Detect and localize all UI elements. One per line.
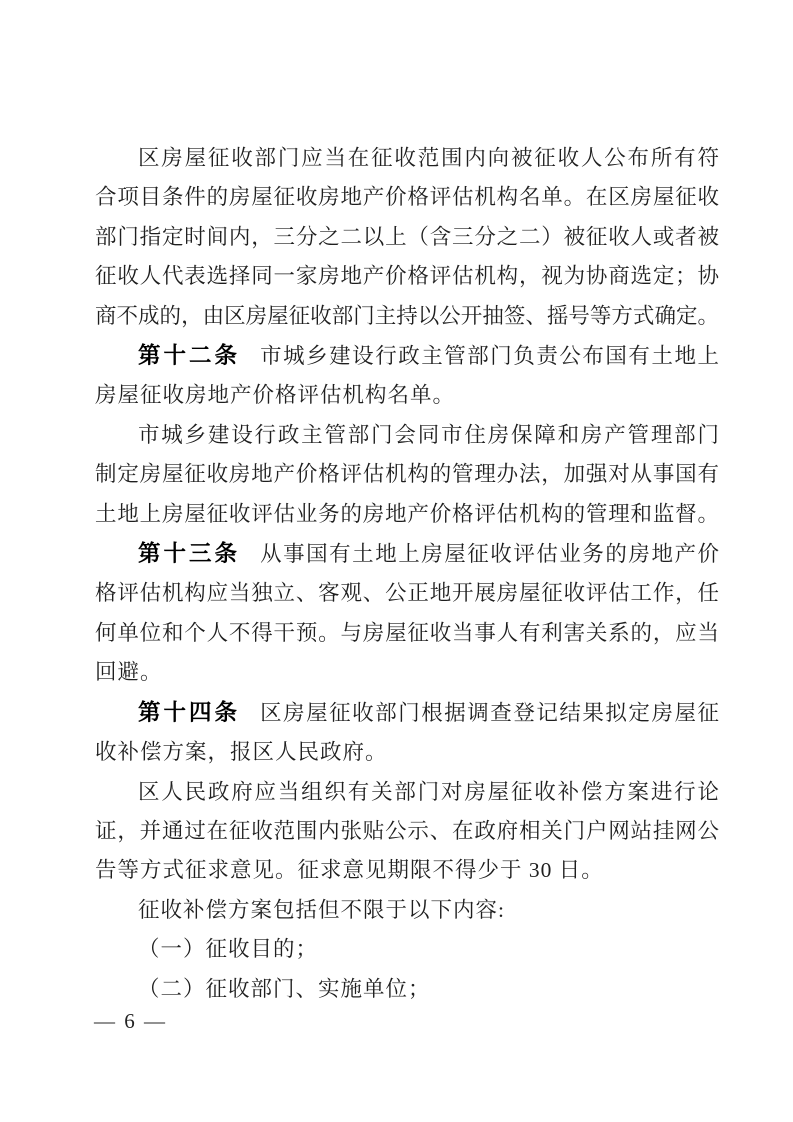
text-line: 商不成的，由区房屋征收部门主持以公开抽签、摇号等方式确定。 xyxy=(95,297,719,336)
paragraph-clause-13: 第十三条从事国有土地上房屋征收评估业务的房地产价 格评估机构应当独立、客观、公正… xyxy=(95,534,719,693)
line-text: 何单位和个人不得干预。与房屋征收当事人有利害关系的，应当 xyxy=(95,621,719,645)
line-text: 市城乡建设行政主管部门负责公布国有土地上 xyxy=(260,344,719,368)
line-text: （一）征收目的； xyxy=(138,937,318,961)
text-line: （一）征收目的； xyxy=(95,930,719,969)
line-text: 告等方式征求意见。征求意见期限不得少于 30 日。 xyxy=(95,858,604,882)
text-line: 区人民政府应当组织有关部门对房屋征收补偿方案进行论 xyxy=(95,773,719,812)
document-body: 区房屋征收部门应当在征收范围内向被征收人公布所有符 合项目条件的房屋征收房地产价… xyxy=(95,139,719,1009)
paragraph-plan-review: 区人民政府应当组织有关部门对房屋征收补偿方案进行论 证，并通过在征收范围内张贴公… xyxy=(95,773,719,891)
text-line: 证，并通过在征收范围内张贴公示、在政府相关门户网站挂网公 xyxy=(95,812,719,851)
line-text: 土地上房屋征收评估业务的房地产价格评估机构的管理和监督。 xyxy=(95,502,719,526)
text-line: 部门指定时间内，三分之二以上（含三分之二）被征收人或者被 xyxy=(95,218,719,257)
line-text: 征收补偿方案包括但不限于以下内容: xyxy=(138,898,505,922)
paragraph-clause-14: 第十四条区房屋征收部门根据调查登记结果拟定房屋征 收补偿方案，报区人民政府。 xyxy=(95,693,719,773)
line-text: 征收人代表选择同一家房地产价格评估机构，视为协商选定；协 xyxy=(95,264,719,288)
line-text: 区房屋征收部门应当在征收范围内向被征收人公布所有符 xyxy=(138,146,719,170)
paragraph-plan-item-1: （一）征收目的； xyxy=(95,930,719,969)
line-text: 格评估机构应当独立、客观、公正地开展房屋征收评估工作，任 xyxy=(95,581,719,605)
line-text: 证，并通过在征收范围内张贴公示、在政府相关门户网站挂网公 xyxy=(95,819,719,843)
text-line: 告等方式征求意见。征求意见期限不得少于 30 日。 xyxy=(95,851,719,890)
text-line: 房屋征收房地产价格评估机构名单。 xyxy=(95,376,719,415)
text-line: 市城乡建设行政主管部门会同市住房保障和房产管理部门 xyxy=(95,416,719,455)
line-text: 收补偿方案，报区人民政府。 xyxy=(95,740,388,764)
paragraph-clause-12: 第十二条市城乡建设行政主管部门负责公布国有土地上 房屋征收房地产价格评估机构名单… xyxy=(95,336,719,416)
line-text: （二）征收部门、实施单位； xyxy=(138,977,431,1001)
text-line: 收补偿方案，报区人民政府。 xyxy=(95,733,719,772)
clause-number: 第十四条 xyxy=(138,700,240,725)
page-number: — 6 — xyxy=(94,1007,167,1035)
text-line: 土地上房屋征收评估业务的房地产价格评估机构的管理和监督。 xyxy=(95,495,719,534)
text-line: （二）征收部门、实施单位； xyxy=(95,970,719,1009)
paragraph-appraisal-agency-selection: 区房屋征收部门应当在征收范围内向被征收人公布所有符 合项目条件的房屋征收房地产价… xyxy=(95,139,719,336)
line-text: 回避。 xyxy=(95,660,163,684)
paragraph-clause-12-supplement: 市城乡建设行政主管部门会同市住房保障和房产管理部门 制定房屋征收房地产价格评估机… xyxy=(95,416,719,534)
text-line: 第十三条从事国有土地上房屋征收评估业务的房地产价 xyxy=(95,534,719,574)
text-line: 第十四条区房屋征收部门根据调查登记结果拟定房屋征 xyxy=(95,693,719,733)
text-line: 征收补偿方案包括但不限于以下内容: xyxy=(95,891,719,930)
line-text: 商不成的，由区房屋征收部门主持以公开抽签、摇号等方式确定。 xyxy=(95,304,719,328)
line-text: 区人民政府应当组织有关部门对房屋征收补偿方案进行论 xyxy=(138,780,719,804)
text-line: 回避。 xyxy=(95,653,719,692)
paragraph-plan-contents-intro: 征收补偿方案包括但不限于以下内容: xyxy=(95,891,719,930)
line-text: 部门指定时间内，三分之二以上（含三分之二）被征收人或者被 xyxy=(95,225,719,249)
text-line: 合项目条件的房屋征收房地产价格评估机构名单。在区房屋征收 xyxy=(95,178,719,217)
text-line: 第十二条市城乡建设行政主管部门负责公布国有土地上 xyxy=(95,336,719,376)
clause-number: 第十三条 xyxy=(138,541,240,566)
document-page: 区房屋征收部门应当在征收范围内向被征收人公布所有符 合项目条件的房屋征收房地产价… xyxy=(0,0,793,1122)
line-text: 制定房屋征收房地产价格评估机构的管理办法，加强对从事国有 xyxy=(95,462,719,486)
text-line: 何单位和个人不得干预。与房屋征收当事人有利害关系的，应当 xyxy=(95,614,719,653)
clause-number: 第十二条 xyxy=(138,343,240,368)
text-line: 制定房屋征收房地产价格评估机构的管理办法，加强对从事国有 xyxy=(95,455,719,494)
line-text: 从事国有土地上房屋征收评估业务的房地产价 xyxy=(260,542,719,566)
text-line: 区房屋征收部门应当在征收范围内向被征收人公布所有符 xyxy=(95,139,719,178)
line-text: 房屋征收房地产价格评估机构名单。 xyxy=(95,383,455,407)
line-text: 市城乡建设行政主管部门会同市住房保障和房产管理部门 xyxy=(138,423,719,447)
line-text: 合项目条件的房屋征收房地产价格评估机构名单。在区房屋征收 xyxy=(95,185,719,209)
paragraph-plan-item-2: （二）征收部门、实施单位； xyxy=(95,970,719,1009)
line-text: 区房屋征收部门根据调查登记结果拟定房屋征 xyxy=(260,701,719,725)
text-line: 格评估机构应当独立、客观、公正地开展房屋征收评估工作，任 xyxy=(95,574,719,613)
text-line: 征收人代表选择同一家房地产价格评估机构，视为协商选定；协 xyxy=(95,257,719,296)
